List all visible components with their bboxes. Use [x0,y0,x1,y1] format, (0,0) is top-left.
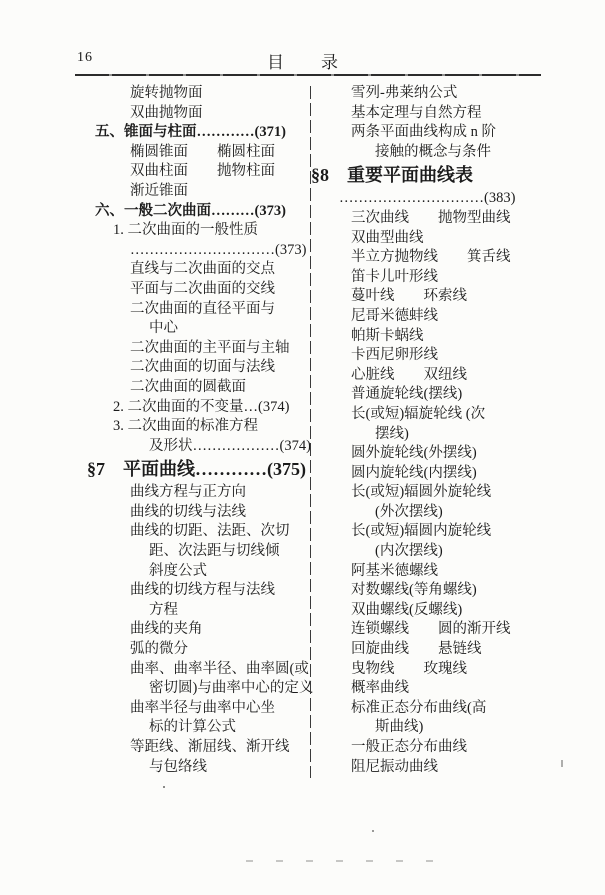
toc-line: 平面与二次曲面的交线 [75,280,310,300]
toc-line: 心脏线 双纽线 [311,366,541,386]
toc-column-right: 雪列-弗莱纳公式基本定理与自然方程两条平面曲线构成 n 阶接触的概念与条件§8 … [311,84,541,778]
toc-line: 普通旋轮线(摆线) [311,385,541,405]
toc-columns: 旋转抛物面双曲抛物面五、锥面与柱面…………(371)椭圆锥面 椭圆柱面双曲柱面 … [75,84,541,778]
toc-line: 二次曲面的切面与法线 [75,358,310,378]
toc-line: 直线与二次曲面的交点 [75,260,310,280]
toc-line: 曲率半径与曲率中心坐 [75,699,310,719]
scan-artifact-tick [561,760,563,767]
toc-line: 曲线的切距、法距、次切 [75,522,310,542]
toc-line: 三次曲线 抛物型曲线 [311,209,541,229]
toc-line: …………………………(383) [311,189,541,209]
toc-line: 等距线、渐屈线、渐开线 [75,738,310,758]
toc-line: 及形状………………(374) [75,437,310,457]
toc-line: 曳物线 玫瑰线 [311,660,541,680]
toc-line: 圆内旋轮线(内摆线) [311,464,541,484]
toc-line: 阿基米德螺线 [311,562,541,582]
toc-line: 摆线) [311,425,541,445]
toc-line: …………………………(373) [75,241,310,261]
toc-line: 连锁螺线 圆的渐开线 [311,620,541,640]
toc-line: 长(或短)辐圆外旋轮线 [311,483,541,503]
toc-line: 阻尼振动曲线 [311,758,541,778]
toc-line: 卡西尼卵形线 [311,346,541,366]
toc-line: 中心 [75,319,310,339]
toc-line: 标的计算公式 [75,718,310,738]
toc-line: 弧的微分 [75,640,310,660]
header-rule [75,74,541,76]
toc-line: 斯曲线) [311,718,541,738]
toc-line: 接触的概念与条件 [311,143,541,163]
toc-line: 双曲螺线(反螺线) [311,601,541,621]
toc-line: 六、一般二次曲面………(373) [75,202,310,222]
toc-line: 密切圆)与曲率中心的定义 [75,679,310,699]
toc-line: 半立方抛物线 箕舌线 [311,248,541,268]
toc-column-left: 旋转抛物面双曲抛物面五、锥面与柱面…………(371)椭圆锥面 椭圆柱面双曲柱面 … [75,84,310,778]
toc-line: 方程 [75,601,310,621]
toc-line: (外次摆线) [311,503,541,523]
toc-line: 曲线方程与正方向 [75,483,310,503]
toc-line: 双曲柱面 抛物柱面 [75,162,310,182]
toc-line: 曲线的夹角 [75,620,310,640]
toc-line: 斜度公式 [75,562,310,582]
toc-line: 帕斯卡蜗线 [311,327,541,347]
scan-artifact-dot [372,830,374,832]
toc-line: 基本定理与自然方程 [311,104,541,124]
toc-line: §8 重要平面曲线表 [311,162,541,189]
toc-line: 回旋曲线 悬链线 [311,640,541,660]
toc-line: 旋转抛物面 [75,84,310,104]
toc-line: 长(或短)辐旋轮线 (次 [311,405,541,425]
toc-line: 一般正态分布曲线 [311,738,541,758]
toc-line: 尼哥米德蚌线 [311,307,541,327]
toc-line: 五、锥面与柱面…………(371) [75,123,310,143]
toc-line: 曲率、曲率半径、曲率圆(或 [75,660,310,680]
toc-line: 二次曲面的圆截面 [75,378,310,398]
toc-line: 笛卡儿叶形线 [311,268,541,288]
scan-artifact-smudge [246,860,436,862]
toc-line: 1. 二次曲面的一般性质 [75,221,310,241]
toc-line: 雪列-弗莱纳公式 [311,84,541,104]
toc-line: 3. 二次曲面的标准方程 [75,417,310,437]
toc-line: 标准正态分布曲线(高 [311,699,541,719]
toc-line: 曲线的切线方程与法线 [75,581,310,601]
toc-line: 双曲型曲线 [311,229,541,249]
toc-line: 二次曲面的主平面与主轴 [75,339,310,359]
toc-line: 曲线的切线与法线 [75,503,310,523]
toc-line: 圆外旋轮线(外摆线) [311,444,541,464]
toc-line: 概率曲线 [311,679,541,699]
toc-line: 渐近锥面 [75,182,310,202]
toc-line: 距、次法距与切线倾 [75,542,310,562]
toc-line: 蔓叶线 环索线 [311,287,541,307]
page-title: 目 录 [75,48,540,73]
scan-artifact-dot [163,786,165,788]
toc-line: 2. 二次曲面的不变量…(374) [75,398,310,418]
toc-line: 二次曲面的直径平面与 [75,300,310,320]
toc-line: 对数螺线(等角螺线) [311,581,541,601]
page-header: 16 目 录 [75,46,540,72]
toc-line: (内次摆线) [311,542,541,562]
toc-line: §7 平面曲线…………(375) [75,456,310,483]
toc-line: 两条平面曲线构成 n 阶 [311,123,541,143]
toc-line: 椭圆锥面 椭圆柱面 [75,143,310,163]
scanned-toc-page: 16 目 录 旋转抛物面双曲抛物面五、锥面与柱面…………(371)椭圆锥面 椭圆… [0,0,605,895]
toc-line: 与包络线 [75,758,310,778]
toc-line: 长(或短)辐圆内旋轮线 [311,522,541,542]
toc-line: 双曲抛物面 [75,104,310,124]
